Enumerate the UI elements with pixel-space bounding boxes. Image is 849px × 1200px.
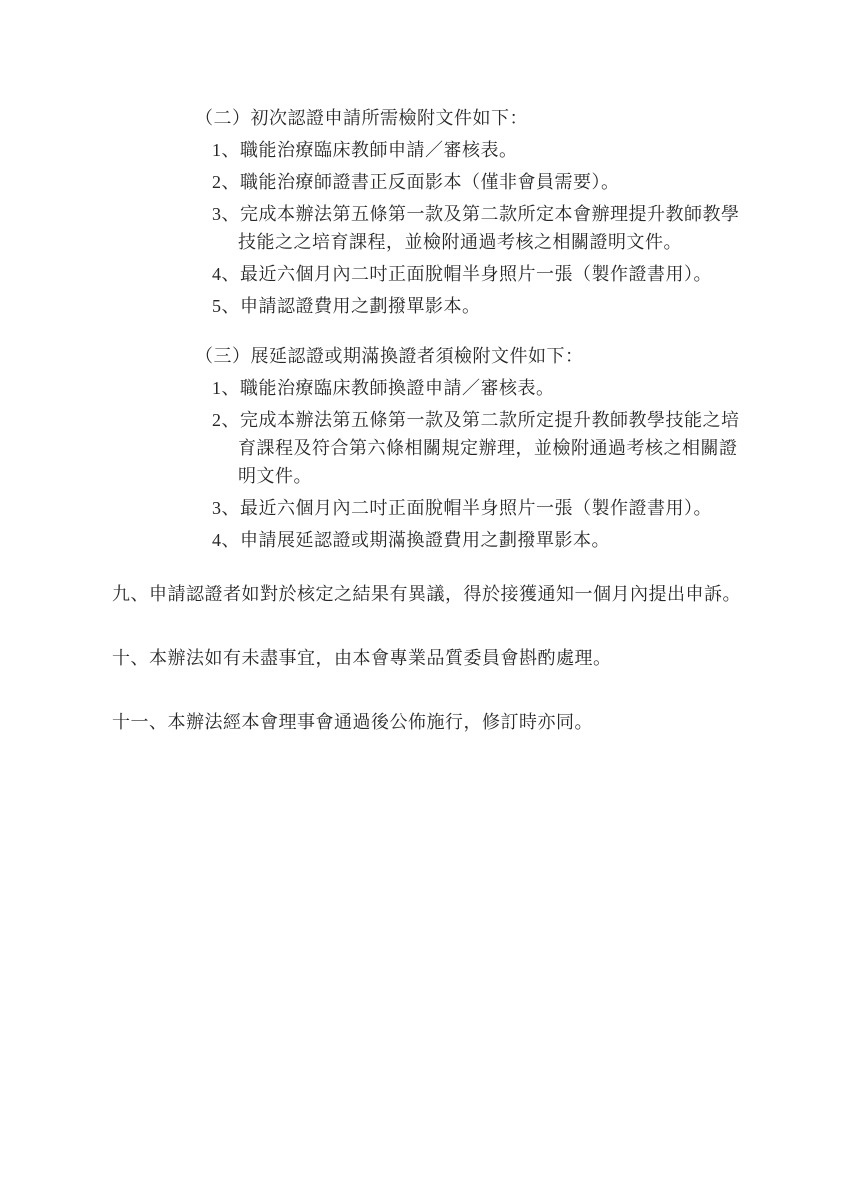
list-item: 4、最近六個月內二吋正面脫帽半身照片一張（製作證書用）。 bbox=[0, 260, 849, 288]
list-item-line: 技能之之培育課程，並檢附通過考核之相關證明文件。 bbox=[238, 228, 849, 256]
list-item: 2、完成本辦法第五條第一款及第二款所定提升教師教學技能之培 育課程及符合第六條相… bbox=[0, 406, 849, 490]
list-item-line: 1、職能治療臨床教師申請／審核表。 bbox=[212, 136, 849, 164]
document-content: （二）初次認證申請所需檢附文件如下： 1、職能治療臨床教師申請／審核表。 2、職… bbox=[0, 104, 849, 772]
list-item: 3、完成本辦法第五條第一款及第二款所定本會辦理提升教師教學 技能之之培育課程，並… bbox=[0, 200, 849, 256]
list-item-line: 3、完成本辦法第五條第一款及第二款所定本會辦理提升教師教學 bbox=[212, 200, 849, 228]
clause-nine: 九、申請認證者如對於核定之結果有異議，得於接獲通知一個月內提出申訴。 bbox=[112, 580, 849, 608]
list-item-line: 2、職能治療師證書正反面影本（僅非會員需要）。 bbox=[212, 168, 849, 196]
list-item-line: 5、申請認證費用之劃撥單影本。 bbox=[212, 292, 849, 320]
document-page: （二）初次認證申請所需檢附文件如下： 1、職能治療臨床教師申請／審核表。 2、職… bbox=[0, 0, 849, 1200]
list-item-line: 3、最近六個月內二吋正面脫帽半身照片一張（製作證書用）。 bbox=[212, 494, 849, 522]
list-item: 3、最近六個月內二吋正面脫帽半身照片一張（製作證書用）。 bbox=[0, 494, 849, 522]
list-item-line: 2、完成本辦法第五條第一款及第二款所定提升教師教學技能之培 bbox=[212, 406, 849, 434]
list-item: 4、申請展延認證或期滿換證費用之劃撥單影本。 bbox=[0, 526, 849, 554]
list-item-line: 育課程及符合第六條相關規定辦理，並檢附通過考核之相關證 bbox=[238, 434, 849, 462]
list-item: 2、職能治療師證書正反面影本（僅非會員需要）。 bbox=[0, 168, 849, 196]
section-heading: （三）展延認證或期滿換證者須檢附文件如下： bbox=[195, 342, 849, 370]
list-item: 5、申請認證費用之劃撥單影本。 bbox=[0, 292, 849, 320]
section-heading: （二）初次認證申請所需檢附文件如下： bbox=[195, 104, 849, 132]
list-item-line: 4、申請展延認證或期滿換證費用之劃撥單影本。 bbox=[212, 526, 849, 554]
section-renewal-certification-documents: （三）展延認證或期滿換證者須檢附文件如下： 1、職能治療臨床教師換證申請／審核表… bbox=[0, 342, 849, 554]
closing-clauses: 九、申請認證者如對於核定之結果有異議，得於接獲通知一個月內提出申訴。 十、本辦法… bbox=[0, 580, 849, 736]
clause-ten: 十、本辦法如有未盡事宜，由本會專業品質委員會斟酌處理。 bbox=[112, 644, 849, 672]
list-item: 1、職能治療臨床教師換證申請／審核表。 bbox=[0, 374, 849, 402]
list-item-line: 1、職能治療臨床教師換證申請／審核表。 bbox=[212, 374, 849, 402]
clause-eleven: 十一、本辦法經本會理事會通過後公佈施行，修訂時亦同。 bbox=[112, 708, 849, 736]
list-item-line: 4、最近六個月內二吋正面脫帽半身照片一張（製作證書用）。 bbox=[212, 260, 849, 288]
list-item: 1、職能治療臨床教師申請／審核表。 bbox=[0, 136, 849, 164]
section-initial-certification-documents: （二）初次認證申請所需檢附文件如下： 1、職能治療臨床教師申請／審核表。 2、職… bbox=[0, 104, 849, 320]
list-item-line: 明文件。 bbox=[238, 462, 849, 490]
